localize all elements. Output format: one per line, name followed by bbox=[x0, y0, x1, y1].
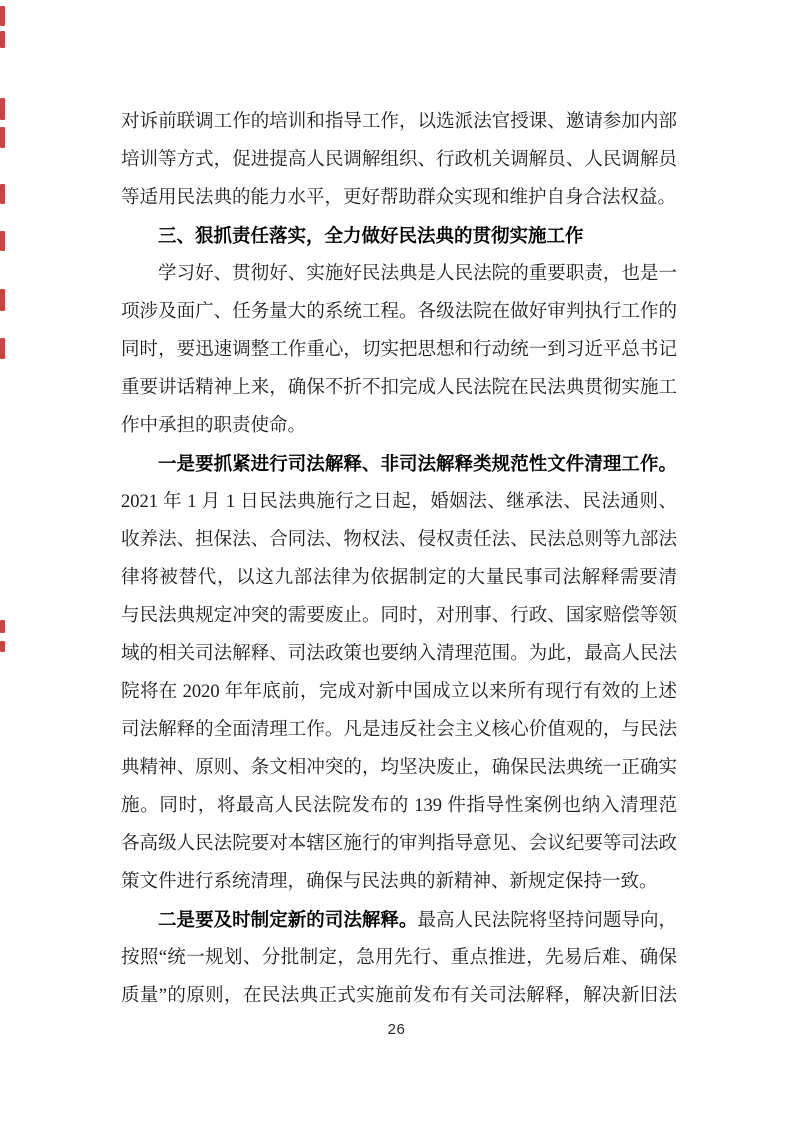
document-body: 对诉前联调工作的培训和指导工作，以选派法官授课、邀请参加内部培训等方式，促进提高… bbox=[121, 103, 677, 1015]
heading-text-line: 三、狠抓责任落实，全力做好民法典的贯彻实施工作 bbox=[121, 217, 677, 255]
text-run: 作中承担的职责使命。 bbox=[121, 416, 306, 436]
text-line: 施。同时，将最高人民法院发布的 139 件指导性案例也纳入清理范围。 bbox=[121, 787, 677, 825]
text-run: 策文件进行系统清理，确保与民法典的新精神、新规定保持一致。 bbox=[121, 872, 658, 892]
scan-artifact-mark bbox=[0, 98, 5, 120]
text-run: 与民法典规定冲突的需要废止。同时，对刑事、行政、国家赔偿等领 bbox=[121, 606, 677, 626]
scan-artifact-mark bbox=[0, 620, 5, 633]
text-line: 培训等方式，促进提高人民调解组织、行政机关调解员、人民调解员 bbox=[121, 141, 677, 179]
text-line: 域的相关司法解释、司法政策也要纳入清理范围。为此，最高人民法 bbox=[121, 635, 677, 673]
text-run: 项涉及面广、任务量大的系统工程。各级法院在做好审判执行工作的 bbox=[121, 302, 677, 322]
text-run: 培训等方式，促进提高人民调解组织、行政机关调解员、人民调解员 bbox=[121, 150, 677, 170]
text-run: 同时，要迅速调整工作重心，切实把思想和行动统一到习近平总书记 bbox=[121, 340, 677, 360]
heading-text-line: 一是要抓紧进行司法解释、非司法解释类规范性文件清理工作。 bbox=[121, 445, 677, 483]
page-number: 26 bbox=[0, 1021, 793, 1041]
text-run: 施。同时，将最高人民法院发布的 139 件指导性案例也纳入清理范围。 bbox=[121, 796, 677, 825]
left-edge-scan-marks bbox=[0, 0, 8, 1122]
scan-artifact-mark bbox=[0, 31, 5, 48]
bold-run: 二是要及时制定新的司法解释。 bbox=[158, 909, 418, 930]
text-run: 对诉前联调工作的培训和指导工作，以选派法官授课、邀请参加内部 bbox=[121, 112, 677, 132]
scan-artifact-mark bbox=[0, 184, 5, 204]
text-run: 各高级人民法院要对本辖区施行的审判指导意见、会议纪要等司法政 bbox=[121, 834, 677, 854]
scan-artifact-mark bbox=[0, 127, 5, 148]
text-line: 典精神、原则、条文相冲突的，均坚决废止，确保民法典统一正确实 bbox=[121, 749, 677, 787]
heading-text-line: 二是要及时制定新的司法解释。最高人民法院将坚持问题导向， bbox=[121, 901, 677, 939]
text-line: 同时，要迅速调整工作重心，切实把思想和行动统一到习近平总书记 bbox=[121, 331, 677, 369]
text-line: 项涉及面广、任务量大的系统工程。各级法院在做好审判执行工作的 bbox=[121, 293, 677, 331]
text-run: 质量”的原则，在民法典正式实施前发布有关司法解释，解决新旧法 bbox=[121, 986, 677, 1006]
text-run: 学习好、贯彻好、实施好民法典是人民法院的重要职责，也是一 bbox=[158, 264, 677, 284]
text-line: 司法解释的全面清理工作。凡是违反社会主义核心价值观的，与民法 bbox=[121, 711, 677, 749]
text-line: 学习好、贯彻好、实施好民法典是人民法院的重要职责，也是一 bbox=[121, 255, 677, 293]
document-page: 对诉前联调工作的培训和指导工作，以选派法官授课、邀请参加内部培训等方式，促进提高… bbox=[0, 0, 793, 1122]
text-line: 收养法、担保法、合同法、物权法、侵权责任法、民法总则等九部法 bbox=[121, 521, 677, 559]
text-line: 律将被替代，以这九部法律为依据制定的大量民事司法解释需要清理， bbox=[121, 559, 677, 597]
text-run: 典精神、原则、条文相冲突的，均坚决废止，确保民法典统一正确实 bbox=[121, 758, 677, 778]
text-line: 重要讲话精神上来，确保不折不扣完成人民法院在民法典贯彻实施工 bbox=[121, 369, 677, 407]
scan-artifact-mark bbox=[0, 6, 5, 26]
scan-artifact-mark bbox=[0, 338, 5, 359]
text-run: 司法解释的全面清理工作。凡是违反社会主义核心价值观的，与民法 bbox=[121, 720, 677, 740]
text-run: 域的相关司法解释、司法政策也要纳入清理范围。为此，最高人民法 bbox=[121, 644, 677, 664]
text-run: 院将在 2020 年年底前，完成对新中国成立以来所有现行有效的上述 bbox=[121, 682, 677, 702]
scan-artifact-mark bbox=[0, 289, 5, 311]
text-line: 等适用民法典的能力水平，更好帮助群众实现和维护自身合法权益。 bbox=[121, 179, 677, 217]
text-run: 重要讲话精神上来，确保不折不扣完成人民法院在民法典贯彻实施工 bbox=[121, 378, 677, 398]
text-run: 最高人民法院将坚持问题导向， bbox=[418, 911, 677, 931]
text-run: 收养法、担保法、合同法、物权法、侵权责任法、民法总则等九部法 bbox=[121, 530, 677, 550]
text-line: 2021 年 1 月 1 日民法典施行之日起，婚姻法、继承法、民法通则、 bbox=[121, 483, 677, 521]
text-run: 等适用民法典的能力水平，更好帮助群众实现和维护自身合法权益。 bbox=[121, 188, 676, 208]
text-line: 各高级人民法院要对本辖区施行的审判指导意见、会议纪要等司法政 bbox=[121, 825, 677, 863]
text-line: 对诉前联调工作的培训和指导工作，以选派法官授课、邀请参加内部 bbox=[121, 103, 677, 141]
text-run: 律将被替代，以这九部法律为依据制定的大量民事司法解释需要清理， bbox=[121, 568, 677, 597]
text-run: 2021 年 1 月 1 日民法典施行之日起，婚姻法、继承法、民法通则、 bbox=[121, 492, 677, 512]
scan-artifact-mark bbox=[0, 231, 5, 251]
text-line: 按照“统一规划、分批制定，急用先行、重点推进，先易后难、确保 bbox=[121, 939, 677, 977]
text-line: 作中承担的职责使命。 bbox=[121, 407, 677, 445]
text-line: 策文件进行系统清理，确保与民法典的新精神、新规定保持一致。 bbox=[121, 863, 677, 901]
text-line: 与民法典规定冲突的需要废止。同时，对刑事、行政、国家赔偿等领 bbox=[121, 597, 677, 635]
text-line: 院将在 2020 年年底前，完成对新中国成立以来所有现行有效的上述 bbox=[121, 673, 677, 711]
bold-run: 三、狠抓责任落实，全力做好民法典的贯彻实施工作 bbox=[158, 225, 584, 246]
bold-run: 一是要抓紧进行司法解释、非司法解释类规范性文件清理工作。 bbox=[158, 453, 677, 474]
text-run: 按照“统一规划、分批制定，急用先行、重点推进，先易后难、确保 bbox=[121, 948, 677, 968]
text-line: 质量”的原则，在民法典正式实施前发布有关司法解释，解决新旧法 bbox=[121, 977, 677, 1015]
scan-artifact-mark bbox=[0, 641, 5, 652]
